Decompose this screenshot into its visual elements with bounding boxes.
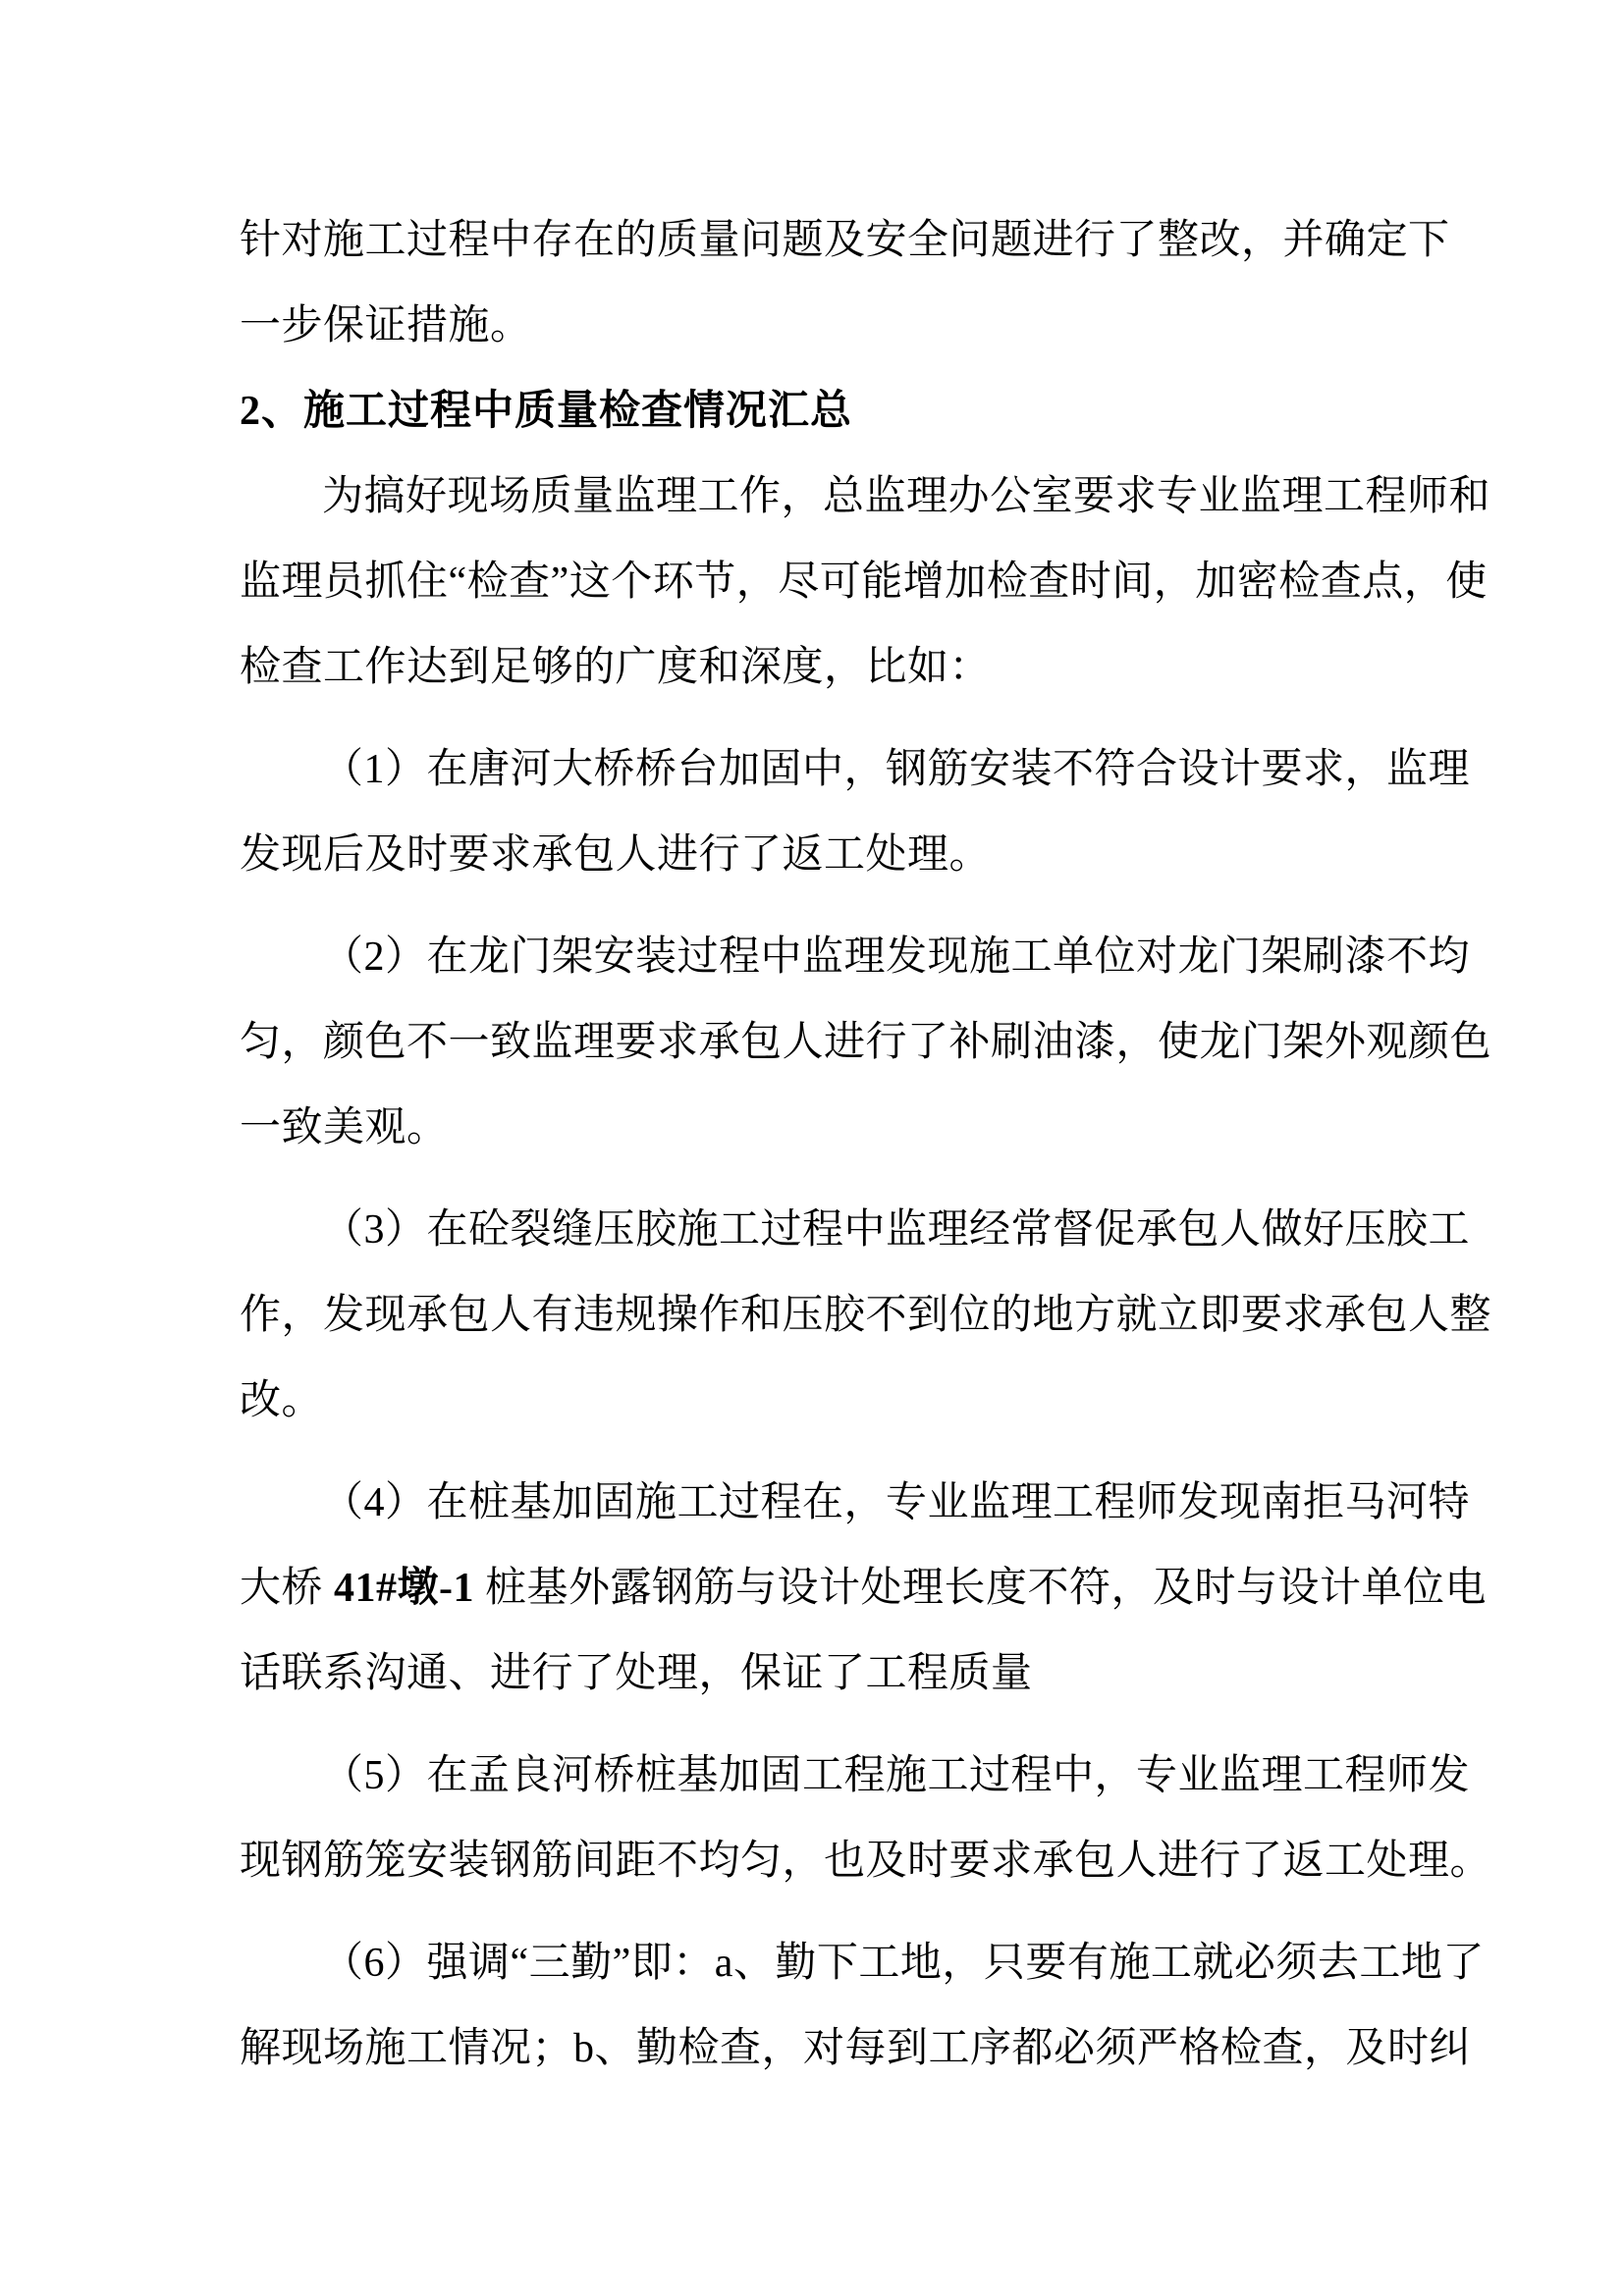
- text-line: 为搞好现场质量监理工作，总监理办公室要求专业监理工程师和: [240, 454, 1447, 540]
- text-line: 发现后及时要求承包人进行了返工处理。: [240, 813, 1447, 898]
- paragraph-item-1: （1）在唐河大桥桥台加固中，钢筋安装不符合设计要求，监理 发现后及时要求承包人进…: [240, 727, 1447, 898]
- paragraph-item-3: （3）在砼裂缝压胶施工过程中监理经常督促承包人做好压胶工 作，发现承包人有违规操…: [240, 1188, 1447, 1444]
- text-line: 检查工作达到足够的广度和深度，比如：: [240, 625, 1447, 711]
- paragraph-item-5: （5）在孟良河桥桩基加固工程施工过程中，专业监理工程师发 现钢筋笼安装钢筋间距不…: [240, 1734, 1447, 1904]
- text-line: （4）在桩基加固施工过程在，专业监理工程师发现南拒马河特: [240, 1461, 1447, 1546]
- paragraph-overview: 为搞好现场质量监理工作，总监理办公室要求专业监理工程师和 监理员抓住“检查”这个…: [240, 454, 1447, 711]
- text-line: （3）在砼裂缝压胶施工过程中监理经常督促承包人做好压胶工: [240, 1188, 1447, 1273]
- section-heading: 2、施工过程中质量检查情况汇总: [240, 369, 1447, 454]
- pier-number-bold-text: 41#墩-1: [334, 1566, 474, 1611]
- paragraph-item-4: （4）在桩基加固施工过程在，专业监理工程师发现南拒马河特 大桥 41#墩-1 桩…: [240, 1461, 1447, 1717]
- text-line: 一步保证措施。: [240, 284, 1447, 369]
- text-line: 作，发现承包人有违规操作和压胶不到位的地方就立即要求承包人整: [240, 1273, 1447, 1359]
- text-line: 话联系沟通、进行了处理，保证了工程质量: [240, 1631, 1447, 1717]
- text-line: 一致美观。: [240, 1086, 1447, 1171]
- text-line: （2）在龙门架安装过程中监理发现施工单位对龙门架刷漆不均: [240, 915, 1447, 1000]
- text-line: 改。: [240, 1359, 1447, 1444]
- document-page: 针对施工过程中存在的质量问题及安全问题进行了整改，并确定下 一步保证措施。 2、…: [0, 0, 1624, 2296]
- text-line: （5）在孟良河桥桩基加固工程施工过程中，专业监理工程师发: [240, 1734, 1447, 1819]
- text-segment: 大桥: [240, 1566, 334, 1611]
- text-segment: 桩基外露钢筋与设计处理长度不符，及时与设计单位电: [474, 1566, 1487, 1611]
- text-line: 现钢筋笼安装钢筋间距不均匀，也及时要求承包人进行了返工处理。: [240, 1819, 1447, 1904]
- document-text-block: 针对施工过程中存在的质量问题及安全问题进行了整改，并确定下 一步保证措施。 2、…: [240, 198, 1447, 2092]
- text-line: （1）在唐河大桥桥台加固中，钢筋安装不符合设计要求，监理: [240, 727, 1447, 813]
- text-line: 解现场施工情况；b、勤检查，对每到工序都必须严格检查，及时纠: [240, 2006, 1447, 2092]
- paragraph-item-6: （6）强调“三勤”即：a、勤下工地，只要有施工就必须去工地了 解现场施工情况；b…: [240, 1921, 1447, 2092]
- text-line: （6）强调“三勤”即：a、勤下工地，只要有施工就必须去工地了: [240, 1921, 1447, 2006]
- text-line-with-bold-segment: 大桥 41#墩-1 桩基外露钢筋与设计处理长度不符，及时与设计单位电: [240, 1546, 1447, 1631]
- section-heading-text: 2、施工过程中质量检查情况汇总: [240, 369, 1447, 454]
- text-line: 匀，颜色不一致监理要求承包人进行了补刷油漆，使龙门架外观颜色: [240, 1000, 1447, 1086]
- text-line: 监理员抓住“检查”这个环节，尽可能增加检查时间，加密检查点，使: [240, 540, 1447, 625]
- paragraph-item-2: （2）在龙门架安装过程中监理发现施工单位对龙门架刷漆不均 匀，颜色不一致监理要求…: [240, 915, 1447, 1171]
- text-line: 针对施工过程中存在的质量问题及安全问题进行了整改，并确定下: [240, 198, 1447, 284]
- paragraph-intro-continuation: 针对施工过程中存在的质量问题及安全问题进行了整改，并确定下 一步保证措施。: [240, 198, 1447, 369]
